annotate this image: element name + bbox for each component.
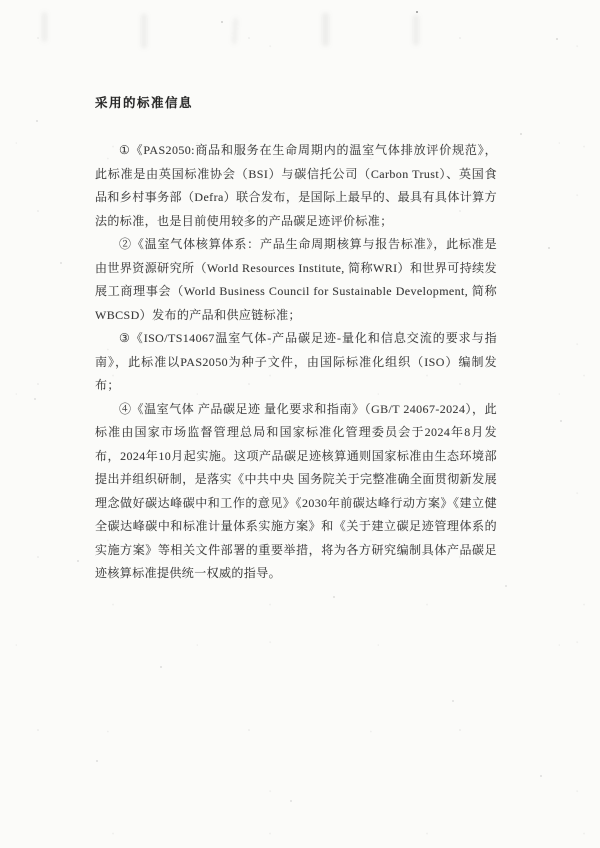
standard-paragraph-ghg-protocol: ②《温室气体核算体系：产品生命周期核算与报告标准》，此标准是由世界资源研究所（W…: [95, 233, 497, 327]
scanned-document-page: 采用的标准信息 ①《PAS2050:商品和服务在生命周期内的温室气体排放评价规范…: [0, 0, 600, 848]
scan-smudge: [413, 15, 419, 45]
document-content: 采用的标准信息 ①《PAS2050:商品和服务在生命周期内的温室气体排放评价规范…: [95, 93, 497, 586]
scan-smudge: [141, 14, 147, 48]
scan-smudge: [42, 12, 47, 42]
document-heading: 采用的标准信息: [95, 93, 497, 111]
standard-paragraph-gbt24067: ④《温室气体 产品碳足迹 量化要求和指南》（GB/T 24067-2024），此…: [95, 398, 497, 586]
scan-smudge: [232, 18, 238, 44]
scan-smudge: [322, 13, 329, 46]
standard-paragraph-pas2050: ①《PAS2050:商品和服务在生命周期内的温室气体排放评价规范》，此标准是由英…: [95, 139, 497, 233]
scan-noise-specks: [0, 0, 2, 2]
standard-paragraph-iso-ts14067: ③《ISO/TS14067温室气体-产品碳足迹-量化和信息交流的要求与指南》，此…: [95, 327, 497, 398]
document-body: ①《PAS2050:商品和服务在生命周期内的温室气体排放评价规范》，此标准是由英…: [95, 139, 497, 586]
